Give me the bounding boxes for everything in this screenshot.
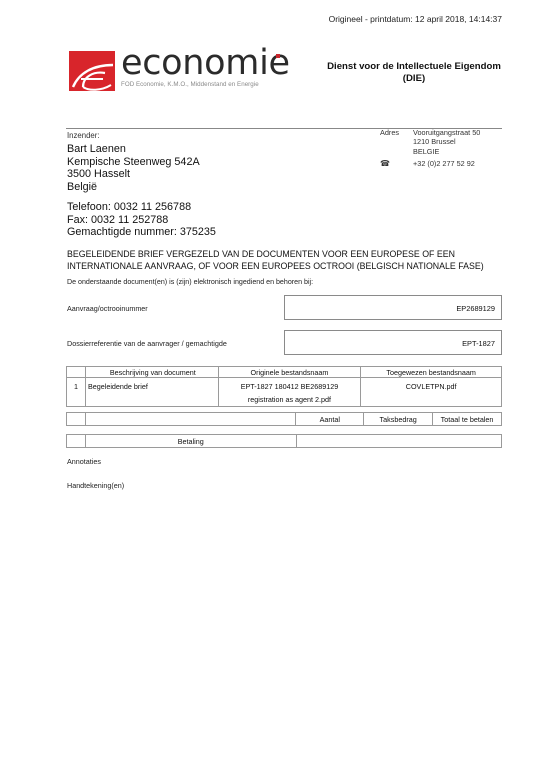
sender-address: Bart Laenen Kempische Steenweg 542A 3500… bbox=[67, 143, 200, 193]
department-name: Dienst voor de Intellectuele Eigendom bbox=[318, 61, 510, 73]
application-number-field: EP2689129 bbox=[284, 295, 502, 320]
signatures-label: Handtekening(en) bbox=[67, 481, 124, 490]
payment-label: Betaling bbox=[85, 435, 296, 448]
documents-header-row: Beschrijving van document Originele best… bbox=[67, 367, 502, 378]
col-original-filename-header: Originele bestandsnaam bbox=[218, 367, 361, 378]
fees-col-tax-amount: Taksbedrag bbox=[364, 413, 433, 426]
department-abbr: (DIE) bbox=[318, 73, 510, 85]
sender-street: Kempische Steenweg 542A bbox=[67, 156, 200, 169]
economie-logo: economie FOD Economie, K.M.O., Middensta… bbox=[69, 51, 289, 93]
die-phone: +32 (0)2 277 52 92 bbox=[413, 159, 475, 168]
row-description: Begeleidende brief bbox=[85, 378, 218, 407]
original-filename-line2: registration as agent 2.pdf bbox=[219, 393, 361, 406]
annotations-label: Annotaties bbox=[67, 457, 101, 466]
sender-label: Inzender: bbox=[67, 131, 100, 140]
fees-header-row: Aantal Taksbedrag Totaal te betalen bbox=[67, 413, 502, 426]
logo-i-dot bbox=[276, 54, 280, 58]
telephone-icon: ☎ bbox=[380, 159, 413, 168]
fees-col-description bbox=[85, 413, 295, 426]
row-assigned-filename: COVLETPN.pdf bbox=[361, 378, 502, 407]
fees-col-index bbox=[67, 413, 86, 426]
die-contact: Adres Vooruitgangstraat 50 1210 Brussel … bbox=[380, 128, 480, 168]
logo-subtitle: FOD Economie, K.M.O., Middenstand en Ene… bbox=[121, 81, 259, 88]
sender-contact: Telefoon: 0032 11 256788 Fax: 0032 11 25… bbox=[67, 201, 216, 239]
die-street: Vooruitgangstraat 50 bbox=[413, 128, 480, 137]
sender-country: België bbox=[67, 181, 200, 194]
dossier-reference-label: Dossierreferentie van de aanvrager / gem… bbox=[67, 339, 227, 348]
col-index-header bbox=[67, 367, 86, 378]
table-row: 1 Begeleidende brief EPT-1827 180412 BE2… bbox=[67, 378, 502, 407]
sender-city: 3500 Hasselt bbox=[67, 168, 200, 181]
die-city: 1210 Brussel bbox=[413, 137, 480, 146]
col-assigned-filename-header: Toegewezen bestandsnaam bbox=[361, 367, 502, 378]
col-description-header: Beschrijving van document bbox=[85, 367, 218, 378]
die-address-label: Adres bbox=[380, 128, 413, 156]
letter-intro: De onderstaande document(en) is (zijn) e… bbox=[67, 278, 313, 286]
economie-logo-mark-icon bbox=[69, 51, 115, 91]
dossier-reference-field: EPT-1827 bbox=[284, 330, 502, 355]
documents-table: Beschrijving van document Originele best… bbox=[66, 366, 502, 407]
department-title: Dienst voor de Intellectuele Eigendom (D… bbox=[318, 61, 510, 85]
fees-col-quantity: Aantal bbox=[296, 413, 364, 426]
sender-fax: Fax: 0032 11 252788 bbox=[67, 214, 216, 227]
payment-row: Betaling bbox=[67, 435, 502, 448]
payment-index-cell bbox=[67, 435, 86, 448]
print-date-header: Origineel - printdatum: 12 april 2018, 1… bbox=[329, 14, 502, 24]
sender-phone: Telefoon: 0032 11 256788 bbox=[67, 201, 216, 214]
original-filename-line1: EPT-1827 180412 BE2689129 bbox=[219, 380, 361, 393]
sender-agent-number: Gemachtigde nummer: 375235 bbox=[67, 226, 216, 239]
application-number-label: Aanvraag/octrooinummer bbox=[67, 304, 148, 313]
die-country: BELGIE bbox=[413, 147, 480, 156]
sender-name: Bart Laenen bbox=[67, 143, 200, 156]
payment-value bbox=[296, 435, 502, 448]
letter-title: BEGELEIDENDE BRIEF VERGEZELD VAN DE DOCU… bbox=[67, 248, 507, 272]
payment-table: Betaling bbox=[66, 434, 502, 448]
row-index: 1 bbox=[67, 378, 86, 407]
logo-wordmark: economie bbox=[121, 43, 290, 83]
row-original-filename: EPT-1827 180412 BE2689129 registration a… bbox=[218, 378, 361, 407]
fees-col-total: Totaal te betalen bbox=[433, 413, 502, 426]
fees-table: Aantal Taksbedrag Totaal te betalen bbox=[66, 412, 502, 426]
